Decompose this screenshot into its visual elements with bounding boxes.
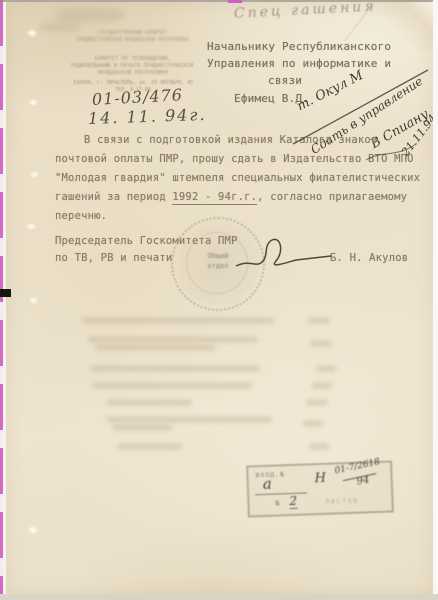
scan-edge-left xyxy=(0,0,3,600)
entry-stamp-mid: Н xyxy=(314,471,326,486)
scan-artifact-black-mark xyxy=(0,289,11,297)
paper-speck xyxy=(28,30,36,36)
recipient-line: Начальнику Республиканского xyxy=(207,40,391,53)
round-stamp-text: отдел xyxy=(173,262,263,270)
recipient-line: связи xyxy=(268,74,302,87)
body-line: почтовой оплаты ПМР, прошу сдать в Издат… xyxy=(55,153,414,165)
paper-speck xyxy=(31,172,38,177)
show-through-line xyxy=(310,341,332,346)
show-through-line xyxy=(117,444,182,449)
show-through-line xyxy=(88,337,258,342)
paper-speck xyxy=(30,298,37,303)
recipient-line: Управления по информатике и xyxy=(207,57,391,70)
show-through-line xyxy=(303,421,323,426)
show-through-line xyxy=(95,345,215,350)
entry-stamp-no-label: № xyxy=(275,499,279,507)
show-through-line xyxy=(309,444,329,449)
letterhead-address: ЗЗОООО, г. ТИРАСПОЛЬ, ул. 25 ОКТЯБРЯ, 45 xyxy=(48,80,218,86)
body-line: "Молодая гвардия" штемпеля специальных ф… xyxy=(55,172,420,184)
round-stamp-text: Общий xyxy=(173,252,263,260)
scan-edge-top xyxy=(0,0,438,2)
scan-edge-right xyxy=(433,0,438,600)
round-stamp: Общий отдел xyxy=(171,217,265,311)
entry-stamp-letter: а xyxy=(262,475,272,493)
show-through-line xyxy=(107,400,192,405)
scan-artifact xyxy=(228,0,242,3)
paper-speck xyxy=(30,100,37,105)
letterhead-line: ПРИДНЕСТРОВСКОЙ МОЛДАВСКОЙ РЕСПУБЛИКИ xyxy=(50,37,215,43)
letterhead-line: МОЛДАВСКОЙ РЕСПУБЛИКИ xyxy=(58,70,208,76)
scan-edge-bottom xyxy=(0,594,438,600)
body-line-pre: гашений за период xyxy=(55,191,172,203)
letterhead-line: РАДИОВЕЩАНИЮ И ПЕЧАТИ ПРИДНЕСТРОВСКОЙ xyxy=(42,63,222,69)
signatory-name: Б. Н. Акулов xyxy=(330,252,408,264)
body-line: гашений за период 1992 - 94г.г., согласн… xyxy=(55,191,407,203)
show-through-line xyxy=(112,425,172,430)
scanned-letter: Спец гашения ГОСУДАРСТВЕННЫЙ КОМИТЕТ ПРИ… xyxy=(0,0,438,600)
show-through-line xyxy=(92,383,252,388)
show-through-line xyxy=(82,318,274,323)
entry-stamp-no-value: 2 xyxy=(289,494,297,509)
body-line-post: , согласно прилагаемому xyxy=(257,191,407,203)
entry-stamp-year: 94 xyxy=(356,474,370,487)
show-through-line xyxy=(306,400,328,405)
paper-speck xyxy=(27,224,35,229)
show-through-line xyxy=(312,383,332,388)
show-through-line xyxy=(316,366,336,371)
letterhead-line: КОМИТЕТ ПО ТЕЛЕВИДЕНИЮ, xyxy=(58,56,208,62)
underlined-period: 1992 - 94г.г. xyxy=(172,191,257,205)
letterhead-line: ГОСУДАРСТВЕННЫЙ КОМИТЕТ xyxy=(62,30,202,36)
entry-stamp-sheets: ЛИСТОВ xyxy=(325,498,359,506)
show-through-line xyxy=(107,417,272,422)
paper-speck xyxy=(29,527,37,533)
body-line: В связи с подготовкой издания Каталога з… xyxy=(84,134,377,146)
show-through-line xyxy=(90,366,260,371)
smudge xyxy=(55,8,125,22)
body-line: перечню. xyxy=(55,210,107,222)
entry-stamp: ВХОД.№ а Н 01-7/2618 94 № 2 ЛИСТОВ xyxy=(246,460,394,517)
show-through-line xyxy=(308,318,330,323)
signature-title: по ТВ, РВ и печати xyxy=(55,252,172,264)
